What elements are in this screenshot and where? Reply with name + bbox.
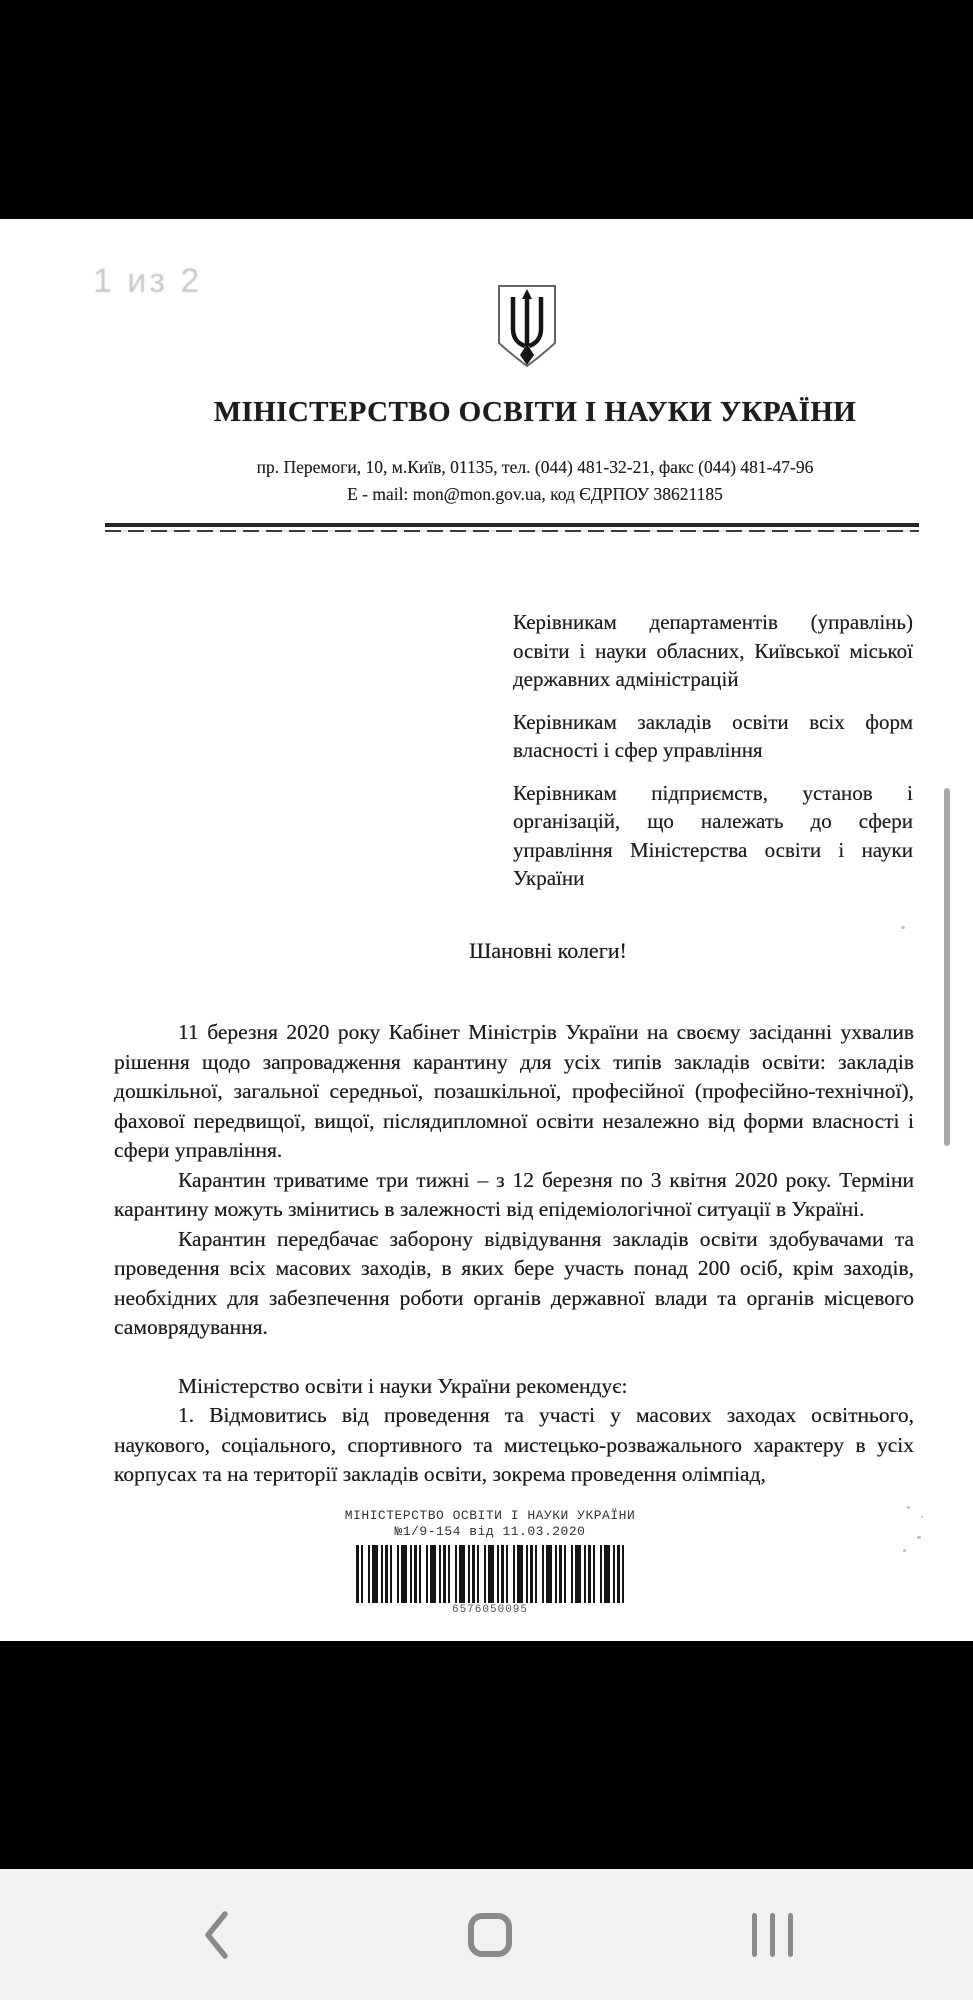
- page-indicator: 1 из 2: [93, 262, 202, 301]
- registration-stamp: МІНІСТЕРСТВО ОСВІТИ І НАУКИ УКРАЇНИ №1/9…: [310, 1508, 670, 1616]
- barcode-number: 6576050095: [310, 1604, 670, 1616]
- recipient-paragraph: Керівникам закладів освіти всіх форм вла…: [513, 708, 913, 765]
- recipients-block: Керівникам департаментів (управлінь) осв…: [513, 608, 913, 893]
- recents-icon: [752, 1913, 793, 1957]
- body-paragraph: Карантин триватиме три тижні – з 12 бере…: [114, 1166, 914, 1225]
- stamp-ministry-line: МІНІСТЕРСТВО ОСВІТИ І НАУКИ УКРАЇНИ: [310, 1508, 670, 1524]
- letterhead-address: пр. Перемоги, 10, м.Київ, 01135, тел. (0…: [100, 454, 970, 508]
- back-icon: [203, 1911, 229, 1959]
- home-icon: [468, 1913, 512, 1957]
- body-paragraph: Міністерство освіти і науки України реко…: [114, 1372, 914, 1402]
- letterhead-divider: [105, 523, 919, 532]
- letter-body: 11 березня 2020 року Кабінет Міністрів У…: [114, 1018, 914, 1490]
- recents-button[interactable]: [712, 1869, 832, 2000]
- salutation: Шановні колеги!: [348, 938, 748, 964]
- body-paragraph: 1. Відмовитись від проведення та участі …: [114, 1401, 914, 1490]
- scan-speck: [903, 1549, 906, 1552]
- address-line-2: E - mail: mon@mon.gov.ua, код ЄДРПОУ 386…: [100, 481, 970, 508]
- viewer-bottom-letterbox: [0, 1641, 973, 1869]
- scrollbar-thumb[interactable]: [944, 788, 950, 1146]
- recipient-paragraph: Керівникам підприємств, установ і органі…: [513, 779, 913, 893]
- back-button[interactable]: [156, 1869, 276, 2000]
- ministry-title: МІНІСТЕРСТВО ОСВІТИ І НАУКИ УКРАЇНИ: [100, 396, 970, 429]
- viewer-top-letterbox: [0, 0, 973, 219]
- scan-speck: [901, 926, 905, 929]
- scan-speck: [921, 1516, 923, 1518]
- body-paragraph: 11 березня 2020 року Кабінет Міністрів У…: [114, 1018, 914, 1166]
- body-paragraph: Карантин передбачає заборону відвідуванн…: [114, 1225, 914, 1343]
- phone-screen: 1 из 2 МІНІСТЕРСТВО ОСВІТИ І НАУКИ УКРАЇ…: [0, 0, 973, 2000]
- barcode: [356, 1545, 624, 1603]
- recipient-paragraph: Керівникам департаментів (управлінь) осв…: [513, 608, 913, 694]
- address-line-1: пр. Перемоги, 10, м.Київ, 01135, тел. (0…: [100, 454, 970, 481]
- scan-speck: [907, 1506, 910, 1509]
- stamp-number-date-line: №1/9-154 від 11.03.2020: [310, 1524, 670, 1540]
- home-button[interactable]: [430, 1869, 550, 2000]
- scan-speck: [917, 1536, 921, 1539]
- ukraine-trident-emblem-icon: [494, 283, 560, 369]
